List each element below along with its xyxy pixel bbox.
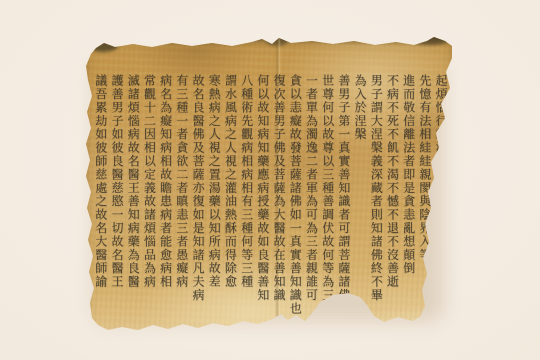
text-column: 寒熱病之人視之置湯藥以知所病故差 bbox=[206, 74, 222, 328]
text-column: 不病不死不飢不渴不憾不退不沒善逝 bbox=[384, 74, 400, 328]
text-column: 貪以恚癡故發菩薩諸佛如一真實善知識也 bbox=[287, 74, 303, 328]
text-column: 謂水風病之人視之灌油熱酥而得除愈 bbox=[222, 74, 238, 328]
text-column: 病名為癡知病相故瞻患病者能愈病相 bbox=[157, 74, 173, 328]
text-column: 有三種一者貪欲二者瞋恚三者愚癡病 bbox=[174, 74, 190, 328]
text-column: 滅諸煩惱病故名醫王善知病藥為良醫 bbox=[125, 74, 141, 328]
edge-stain-blotch bbox=[412, 36, 448, 45]
text-column: 一者單為濁逸二者軍為可為三者親誰可 bbox=[303, 74, 319, 328]
manuscript-fragment: 起煩惱行棘深遠 先憶有法相絓絓親閡與陰界入等 進而敬信離法者即是貪恚亂想顛倒 不… bbox=[84, 36, 456, 332]
text-column: 復次善男子佛及菩薩為大醫故在善知識 bbox=[271, 74, 287, 328]
text-column: 為入於涅槃 bbox=[352, 74, 368, 328]
photo-backdrop: 起煩惱行棘深遠 先憶有法相絓絓親閡與陰界入等 進而敬信離法者即是貪恚亂想顛倒 不… bbox=[0, 0, 540, 360]
edge-stain-blotch bbox=[88, 40, 118, 52]
text-column: 議吾累劫如彼師慈處之故名大醫師諭 bbox=[93, 74, 109, 328]
text-column: 進而敬信離法者即是貪恚亂想顛倒 bbox=[400, 74, 416, 328]
calligraphy-text-block: 起煩惱行棘深遠 先憶有法相絓絓親閡與陰界入等 進而敬信離法者即是貪恚亂想顛倒 不… bbox=[90, 74, 449, 328]
text-column: 八種術先觀病相病相有三種何等三種 bbox=[238, 74, 254, 328]
text-column: 何以故知病知藥應病授藥故如良醫善知 bbox=[255, 74, 271, 328]
text-column: 故名良醫佛及菩薩亦復如是知諸凡夫病 bbox=[190, 74, 206, 328]
text-column: 常觀十二因相以定義故諸煩惱品為病 bbox=[141, 74, 157, 328]
text-column: 護善男子如彼良醫慈愍一切故名醫王 bbox=[109, 74, 125, 328]
text-column: 善男子第一真實善知識者可謂菩薩諸佛 bbox=[336, 74, 352, 328]
text-column: 男子謂大涅槃義深藏者則知諸佛終不畢 bbox=[368, 74, 384, 328]
text-column: 世尊何以故尊以三種善調伏故何等為三 bbox=[319, 74, 335, 328]
